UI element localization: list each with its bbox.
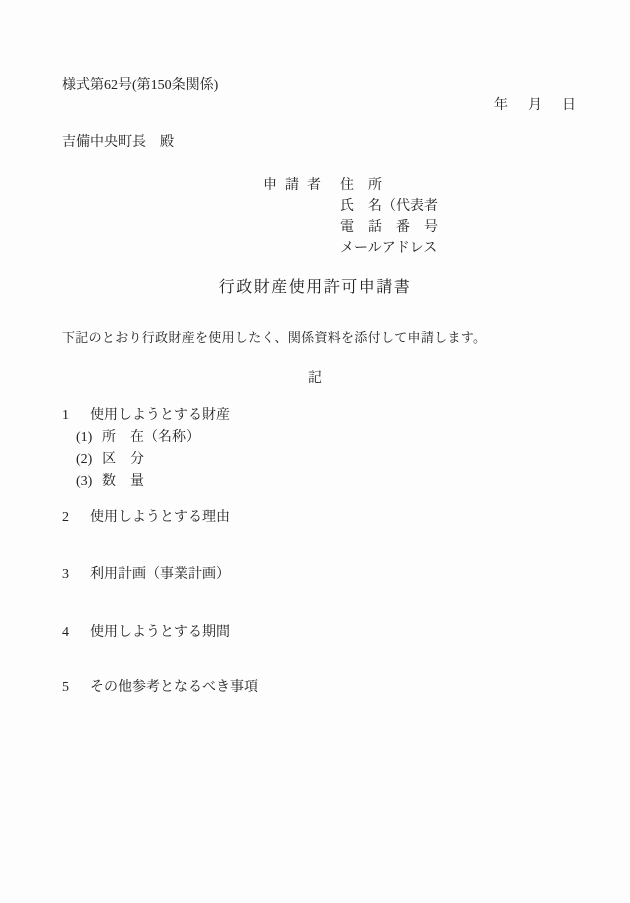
- list-subitem-1-1: (1)所 在（名称）: [76, 427, 630, 449]
- item-text: 利用計画（事業計画）: [90, 567, 230, 582]
- document-title: 行政財産使用許可申請書: [0, 277, 630, 299]
- applicant-field-phone: 電 話 番 号: [340, 217, 438, 238]
- date-year-label: 年: [494, 98, 508, 114]
- applicant-fields: 住 所 氏 名（代表者 電 話 番 号 メールアドレス: [340, 175, 438, 259]
- item-number: 5: [62, 677, 90, 699]
- applicant-field-address: 住 所: [340, 175, 438, 196]
- applicant-field-email: メールアドレス: [340, 238, 438, 259]
- list-subitem-1-2: (2)区 分: [76, 449, 630, 471]
- list-item-4: 4使用しようとする期間: [62, 622, 630, 644]
- subitem-number: (1): [76, 427, 102, 449]
- addressee: 吉備中央町長 殿: [62, 135, 630, 151]
- item-text: 使用しようとする期間: [90, 625, 230, 640]
- applicant-block: 申請者 住 所 氏 名（代表者 電 話 番 号 メールアドレス: [263, 175, 630, 259]
- item-number: 2: [62, 507, 90, 529]
- list-item-5: 5その他参考となるべき事項: [62, 677, 630, 699]
- item-text: その他参考となるべき事項: [90, 680, 258, 695]
- item-number: 3: [62, 564, 90, 586]
- item-number: 4: [62, 622, 90, 644]
- date-day-label: 日: [562, 98, 576, 114]
- subitem-text: 区 分: [102, 452, 144, 467]
- list-marker: 記: [0, 370, 630, 388]
- applicant-label: 申請者: [263, 175, 329, 196]
- form-number: 様式第62号(第150条関係): [62, 78, 630, 94]
- subitem-text: 所 在（名称）: [102, 430, 200, 445]
- subitem-text: 数 量: [102, 474, 144, 489]
- subitem-number: (2): [76, 449, 102, 471]
- list-item-2: 2使用しようとする理由: [62, 507, 630, 529]
- list-subitem-1-3: (3)数 量: [76, 471, 630, 493]
- applicant-field-name: 氏 名（代表者: [340, 196, 438, 217]
- document-page: 様式第62号(第150条関係) 年 月 日 吉備中央町長 殿 申請者 住 所 氏…: [0, 0, 630, 903]
- list-item-1: 1使用しようとする財産: [62, 405, 630, 427]
- item-number: 1: [62, 405, 90, 427]
- body-text: 下記のとおり行政財産を使用したく、関係資料を添付して申請します。: [62, 329, 630, 347]
- subitem-number: (3): [76, 471, 102, 493]
- items-list: 1使用しようとする財産 (1)所 在（名称） (2)区 分 (3)数 量 2使用…: [0, 405, 630, 699]
- item-text: 使用しようとする理由: [90, 510, 230, 525]
- item-text: 使用しようとする財産: [90, 408, 230, 423]
- date-line: 年 月 日: [0, 98, 630, 114]
- date-month-label: 月: [528, 98, 542, 114]
- list-item-3: 3利用計画（事業計画）: [62, 564, 630, 586]
